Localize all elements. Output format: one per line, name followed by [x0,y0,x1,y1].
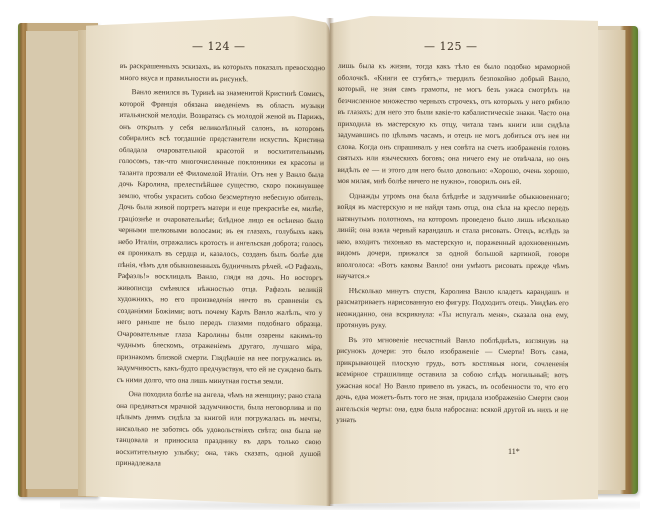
left-page-number: — 124 — [192,40,246,53]
open-book-photo: — 124 — — 125 — въ раскрашенныхъ эскизах… [0,0,659,521]
signature-mark: 11* [508,447,520,456]
paragraph: въ раскрашенныхъ эскизахъ, въ которыхъ п… [120,60,325,85]
paragraph: Въ это мгновеніе несчастный Ванло поблѣд… [336,333,568,426]
paragraph: Ванло женился въ Туринѣ на знаменитой Кр… [117,86,325,387]
paragraph: Она походила болѣе на ангела, чѣмъ на же… [116,388,322,471]
book-gutter [326,18,334,506]
right-page-stack [595,30,626,490]
left-endpaper [26,31,86,489]
paragraph: Однажды утромъ она была блѣднѣе и задумч… [337,189,569,282]
left-page-text: въ раскрашенныхъ эскизахъ, въ которыхъ п… [116,60,325,471]
right-page-number: — 125 — [424,40,478,53]
right-page-text: лишь была къ жизни, тогда какъ тѣло ея б… [336,60,570,427]
paragraph: лишь была къ жизни, тогда какъ тѣло ея б… [337,60,570,188]
paragraph: Нѣсколько минутъ спустя, Каролина Ванло … [337,284,569,331]
